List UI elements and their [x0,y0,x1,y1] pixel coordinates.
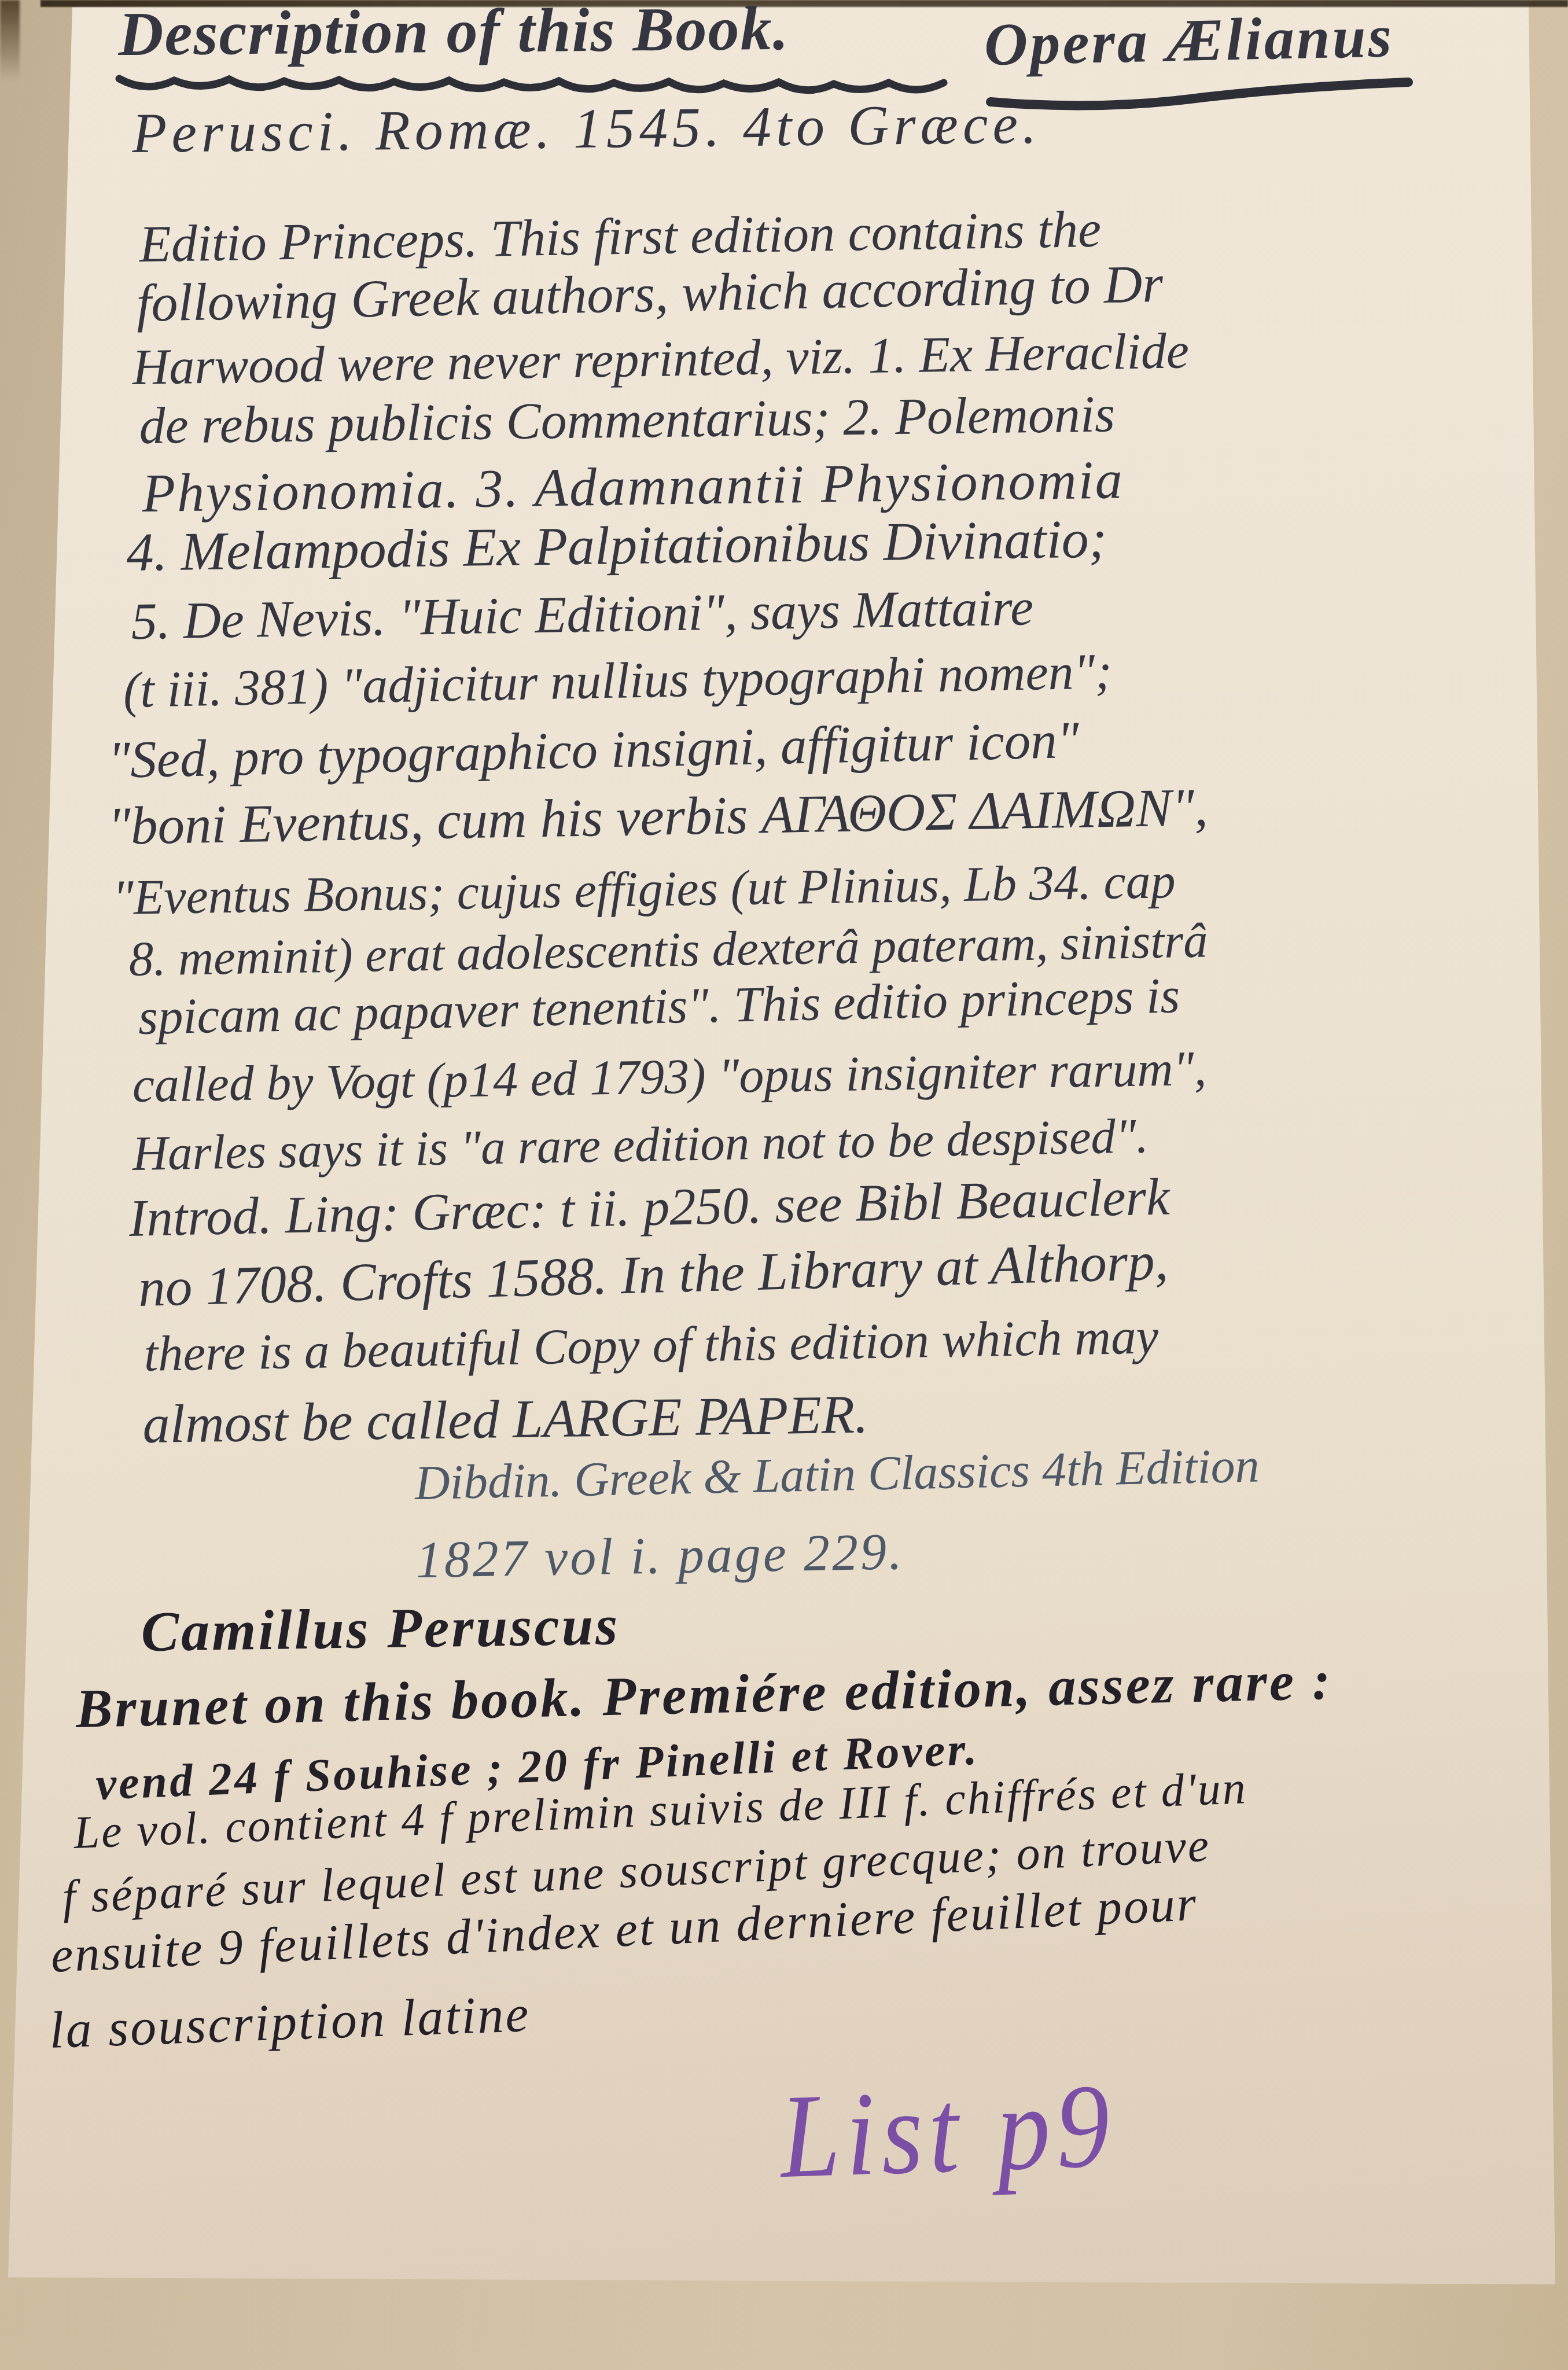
imprint-line: Perusci. Romæ. 1545. 4to Græce. [132,96,1041,162]
manuscript-line: 4. Melampodis Ex Palpitationibus Divinat… [126,511,1107,580]
manuscript-line-citation: 1827 vol i. page 229. [415,1526,904,1587]
photographed-album-page: Description of this Book. Opera Ælianus … [0,0,1568,2370]
title-underline-wavy [119,79,944,90]
manuscript-line: 5. De Nevis. "Huic Editioni", says Matta… [131,582,1034,648]
section-heading: Camillus Peruscus [141,1597,620,1661]
list-number-annotation: List p9 [778,2066,1117,2197]
manuscript-line: almost be called LARGE PAPER. [142,1387,868,1451]
manuscript-line: de rebus publicis Commentarius; 2. Polem… [139,388,1116,452]
title-underline-straight [991,82,1408,105]
